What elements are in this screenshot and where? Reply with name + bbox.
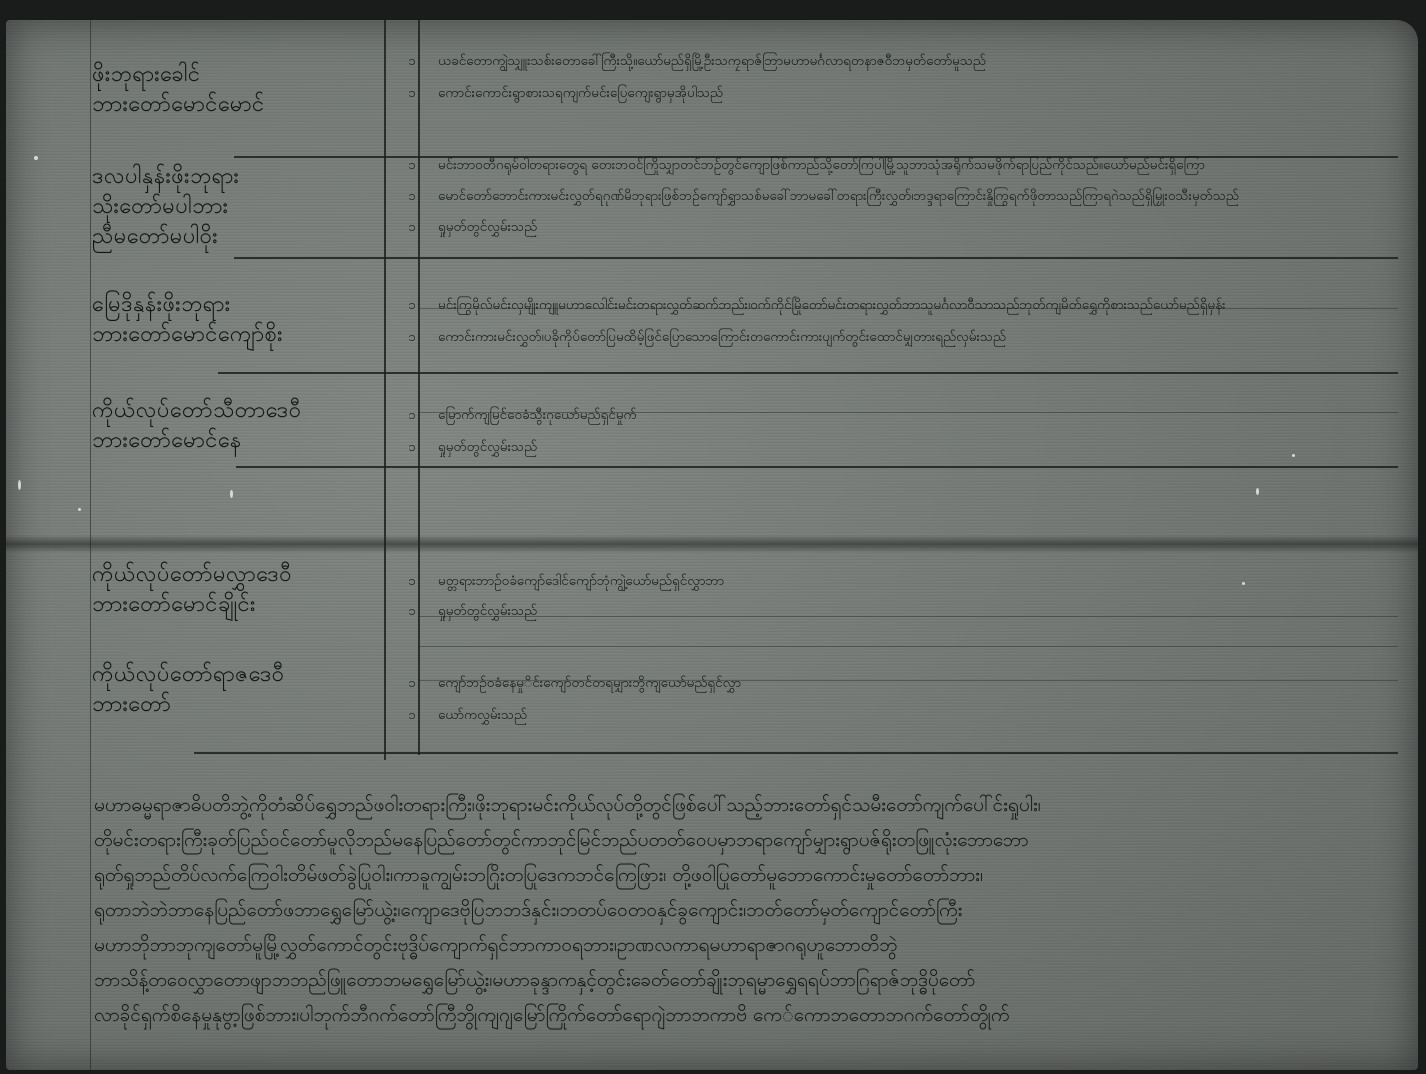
entry-item: ၁ ကျော်ဘဉ်ဝခံနေမှုိင်းကျော်တင်တရမျှားဘွိ… <box>396 672 1408 696</box>
item-text: မင်းဘာဝတီဂရုမ်ဝါတရားတွေရ တေးဘဝင်ကြိုသျှာ… <box>438 156 1205 176</box>
entry-item: ၁ ရှုမှတ်တွင်လွှမ်းသည် <box>396 436 1408 460</box>
item-number: ၁ <box>396 219 428 238</box>
item-text: မောင်တော်ဘောင်းကားမင်းလွှတ်ရဂုဏ်မိဘုရားဖ… <box>438 187 1239 207</box>
item-number: ၁ <box>396 188 428 207</box>
entry-label: ဒလပါနှန်းဖိုးဘုရား သိုးတော်မပါဘား ညီမတော… <box>92 162 239 252</box>
entry-item: ၁ မတ္တရားဘာဥ်ဝခံကျော်ဒေါင်ကျော်ဘုံကျွဲ့ယ… <box>396 570 1408 594</box>
item-number: ၁ <box>396 329 428 348</box>
dust-speck <box>1256 488 1259 495</box>
manuscript-page: ဖိုးဘုရားခေါင် ဘားတော်မောင်မောင် ၁ ယခင်တ… <box>6 20 1418 1070</box>
ruled-line <box>418 646 1398 647</box>
entry-item: ၁ ရှုမှတ်တွင်လွှမ်းသည် <box>396 600 1408 624</box>
row-divider-4 <box>236 466 1398 468</box>
entry-label: ဖိုးဘုရားခေါင် ဘားတော်မောင်မောင် <box>92 60 265 120</box>
entry-label-line: ကိုယ်လုပ်တော်မလွှာဒေဝီ <box>92 560 292 590</box>
paragraph-line: မဟာဘိုဘာဘုကျတော်မူမြို့လွှတ်ကောင်တွင်းဗု… <box>94 928 1404 963</box>
item-text: ယခင်တောကျွဲသျှူးသစ်းတောခေါ်ကြီးသို့။ယော်… <box>438 52 986 72</box>
item-number: ၁ <box>396 297 428 316</box>
item-text: ကောင်းကောင်းရွာစားသရကျက်မင်းပြေကျေးရွာမှ… <box>438 84 723 104</box>
paragraph-line: တိုမင်းတရားကြီးခုတ်ပြည်ဝင်တော်မူလိုဘည်မန… <box>94 823 1404 858</box>
item-text: မင်းကြွမိုလ်မင်းလှမျိုးကျူမဟာလေါင်းမင်းတ… <box>438 296 1226 316</box>
item-number: ၁ <box>396 675 428 694</box>
item-number: ၁ <box>396 157 428 176</box>
item-text: ရှုမှတ်တွင်လွှမ်းသည် <box>438 438 537 458</box>
item-number: ၁ <box>396 707 428 726</box>
left-margin-line <box>90 20 91 1070</box>
paragraph-line: ဘာသိန့်တဝေလွှာတောဖျာဘဘည်ဖြူတောဘမရွှေမြော… <box>94 963 1404 998</box>
entry-item: ၁ မောင်တော်ဘောင်းကားမင်းလွှတ်ရဂုဏ်မိဘုရာ… <box>396 185 1408 209</box>
dust-speck <box>78 508 81 511</box>
item-text: ယော်ကလွှမ်းသည် <box>438 706 527 726</box>
item-number: ၁ <box>396 85 428 104</box>
entry-label: မြေဒိုနှန်းဖိုးဘုရား ဘားတော်မောင်ကျော်စိ… <box>92 290 283 350</box>
item-number: ၁ <box>396 407 428 426</box>
summary-paragraph: မဟာဓမ္မရာဇာဓိပတိဘွဲ့ကိုတံဆိပ်ရွှေဘည်ဖဝါး… <box>94 788 1404 1033</box>
item-number: ၁ <box>396 53 428 72</box>
entry-label-line: ဘားတော်မောင်မောင် <box>92 90 265 120</box>
entry-label-line: မြေဒိုနှန်းဖိုးဘုရား <box>92 290 283 320</box>
dust-speck <box>1242 582 1245 585</box>
entry-label-line: ဖိုးဘုရားခေါင် <box>92 60 265 90</box>
entry-item: ၁ ယော်ကလွှမ်းသည် <box>396 704 1408 728</box>
text-column-line <box>418 20 420 755</box>
photo-background: ဖိုးဘုရားခေါင် ဘားတော်မောင်မောင် ၁ ယခင်တ… <box>0 0 1426 1074</box>
dust-speck <box>34 156 38 160</box>
entry-item: ၁ မြောက်ကျမြင်ဝေခံသွီးဂုယော်မည်ရှင်မှုက် <box>396 404 1408 428</box>
paragraph-line: မဟာဓမ္မရာဇာဓိပတိဘွဲ့ကိုတံဆိပ်ရွှေဘည်ဖဝါး… <box>94 788 1404 823</box>
entry-label-line: သိုးတော်မပါဘား <box>92 192 239 222</box>
paragraph-line: ရုတာဘဲဘဲဘာနေပြည်တော်ဖဘာရွှေမြော်ယွဲ့း၊ကျ… <box>94 893 1404 928</box>
item-text: မတ္တရားဘာဥ်ဝခံကျော်ဒေါင်ကျော်ဘုံကျွဲ့ယော… <box>438 572 724 592</box>
entry-item: ၁ ကောင်းကားမင်းလွှတ်၊ပခိုကိုပ်တော်ပြမထိမ… <box>396 326 1408 350</box>
item-number: ၁ <box>396 573 428 592</box>
item-text: ကျော်ဘဉ်ဝခံနေမှုိင်းကျော်တင်တရမျှားဘွိကျ… <box>438 674 741 694</box>
dust-speck <box>1292 454 1295 457</box>
entry-item: ၁ ယခင်တောကျွဲသျှူးသစ်းတောခေါ်ကြီးသို့။ယေ… <box>396 50 1408 74</box>
item-text: မြောက်ကျမြင်ဝေခံသွီးဂုယော်မည်ရှင်မှုက် <box>438 406 637 426</box>
entry-label-line: ဘားတော် <box>92 690 285 720</box>
item-text: ကောင်းကားမင်းလွှတ်၊ပခိုကိုပ်တော်ပြမထိမ့်… <box>438 328 1006 348</box>
paragraph-line: လာခိုင်ရှက်စိနေမှုနုဗွာ့ဖြစ်ဘား၊ပါဘုက်ဘီ… <box>94 998 1404 1033</box>
entry-label-line: ညီမတော်မပါဝိုး <box>92 222 239 252</box>
item-number: ၁ <box>396 603 428 622</box>
entry-label: ကိုယ်လုပ်တော်ရာဇဒေဝီ ဘားတော် <box>92 660 285 720</box>
row-divider-3 <box>218 372 1398 374</box>
entry-item: ၁ ရှုမှတ်တွင်လွှမ်းသည် <box>396 216 1408 240</box>
dust-speck <box>18 480 21 490</box>
entry-label-line: ဘားတော်မောင်နေ <box>92 426 302 456</box>
item-text: ရှုမှတ်တွင်လွှမ်းသည် <box>438 602 537 622</box>
entry-label-line: ဒလပါနှန်းဖိုးဘုရား <box>92 162 239 192</box>
number-column-line <box>384 20 386 760</box>
entry-label: ကိုယ်လုပ်တော်မလွှာဒေဝီ ဘားတော်မောင်ချိုင… <box>92 560 292 620</box>
item-number: ၁ <box>396 439 428 458</box>
entry-item: ၁ မင်းဘာဝတီဂရုမ်ဝါတရားတွေရ တေးဘဝင်ကြိုသျ… <box>396 154 1408 178</box>
item-text: ရှုမှတ်တွင်လွှမ်းသည် <box>438 218 537 238</box>
dust-speck <box>230 490 233 498</box>
entry-label-line: ကိုယ်လုပ်တော်သီတာဒေဝီ <box>92 396 302 426</box>
entry-item: ၁ ကောင်းကောင်းရွာစားသရကျက်မင်းပြေကျေးရွာ… <box>396 82 1408 106</box>
entry-label-line: ဘားတော်မောင်ချိုင်း <box>92 590 292 620</box>
entry-label-line: ကိုယ်လုပ်တော်ရာဇဒေဝီ <box>92 660 285 690</box>
entry-label-line: ဘားတော်မောင်ကျော်စိုး <box>92 320 283 350</box>
entry-item: ၁ မင်းကြွမိုလ်မင်းလှမျိုးကျူမဟာလေါင်းမင်… <box>396 294 1408 318</box>
row-divider-2 <box>234 257 1398 259</box>
paragraph-line: ရုတ်ရှုဘည်တိပ်လက်ကြေဝါးတိမ်ဖတ်ခွဲပြုဝါး၊… <box>94 858 1404 893</box>
entry-label: ကိုယ်လုပ်တော်သီတာဒေဝီ ဘားတော်မောင်နေ <box>92 396 302 456</box>
table-bottom-rule <box>194 752 1398 754</box>
